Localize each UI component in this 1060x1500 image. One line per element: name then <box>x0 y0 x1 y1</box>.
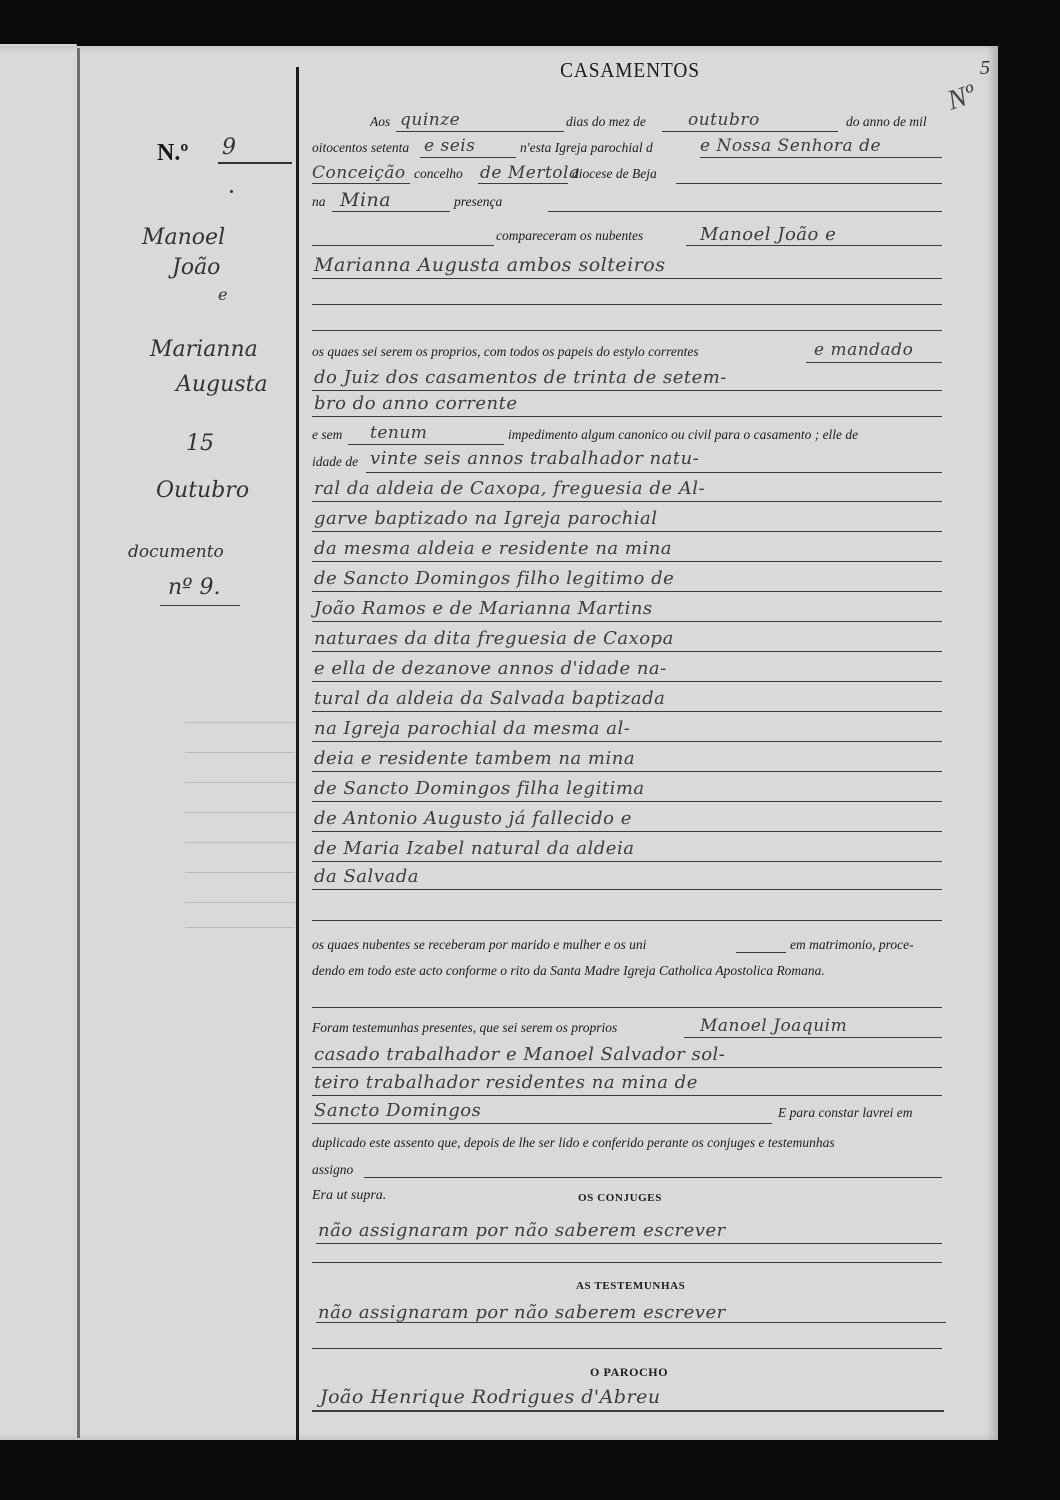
hand-parish-2: Conceição <box>312 163 406 183</box>
fill-line <box>312 1262 942 1263</box>
fill-line <box>312 531 942 532</box>
ink-dot <box>230 190 233 193</box>
hand-line23: de Antonio Augusto já fallecido e <box>314 808 632 829</box>
fill-line <box>312 1348 942 1349</box>
fill-line <box>312 330 942 331</box>
hand-nubentes-2: Marianna Augusta ambos solteiros <box>314 254 665 276</box>
hand-parocho-signature: João Henrique Rodrigues d'Abreu <box>320 1386 661 1408</box>
fill-line <box>312 245 494 246</box>
record-number: 9 <box>222 135 236 160</box>
fill-line <box>700 157 942 158</box>
print-assigno: assigno <box>312 1162 353 1178</box>
record-number-label: N.º <box>157 140 188 167</box>
fill-line <box>312 1095 942 1096</box>
faint-rule <box>185 902 295 903</box>
fill-line <box>676 183 942 184</box>
faint-rule <box>185 782 295 783</box>
fill-line <box>312 278 942 279</box>
print-testemunhas: Foram testemunhas presentes, que sei ser… <box>312 1020 617 1036</box>
hand-nubentes: Manoel João e <box>700 224 836 245</box>
print-presenca: presença <box>454 194 502 210</box>
margin-note-underline <box>160 605 240 606</box>
hand-year: e seis <box>424 136 475 156</box>
hand-day: quinze <box>400 110 460 130</box>
margin-day: 15 <box>186 431 214 456</box>
fill-line <box>364 1177 942 1178</box>
margin-vertical-rule <box>296 67 299 1440</box>
fill-line <box>312 861 942 862</box>
fill-line <box>806 362 942 363</box>
label-o-parocho: O PAROCHO <box>590 1365 668 1380</box>
fill-line <box>312 621 942 622</box>
fill-line <box>312 651 942 652</box>
fill-line <box>312 501 942 502</box>
fill-line <box>312 183 410 184</box>
hand-line11: vinte seis annos trabalhador natu- <box>370 448 699 469</box>
label-as-testemunhas: AS TESTEMUNHAS <box>576 1280 685 1292</box>
page-title: CASAMENTOS <box>547 58 713 83</box>
faint-rule <box>185 752 295 753</box>
hand-witnesses: Manoel Joaquim <box>700 1016 847 1036</box>
faint-rule <box>185 722 295 723</box>
print-compareceram: compareceram os nubentes <box>496 228 643 244</box>
faint-rule <box>185 812 295 813</box>
fill-line <box>396 131 564 132</box>
signature-line <box>312 1410 944 1412</box>
hand-line14: da mesma aldeia e residente na mina <box>314 538 672 559</box>
fill-line <box>548 211 942 212</box>
fill-line <box>736 952 786 953</box>
hand-line20: na Igreja parochial da mesma al- <box>314 718 630 739</box>
print-oitocentos: oitocentos setenta <box>312 140 409 156</box>
print-impedimento: impedimento algum canonico ou civil para… <box>508 427 858 443</box>
fill-line <box>312 889 942 890</box>
fill-line <box>420 157 516 158</box>
fill-line <box>312 1067 942 1068</box>
print-anno: do anno de mil <box>846 114 927 130</box>
margin-month: Outubro <box>156 478 249 503</box>
hand-line12: ral da aldeia de Caxopa, freguesia de Al… <box>314 478 705 499</box>
fill-line <box>332 211 450 212</box>
hand-line31: Sancto Domingos <box>314 1100 481 1121</box>
signature-line <box>316 1243 942 1244</box>
margin-bride-first: Marianna <box>150 337 258 362</box>
fill-line <box>312 561 942 562</box>
margin-note-line1: documento <box>128 542 224 562</box>
margin-groom-second: João <box>172 255 220 280</box>
fill-line <box>312 1007 942 1008</box>
signature-line <box>316 1322 946 1323</box>
fill-line <box>312 771 942 772</box>
hand-papeis: e mandado <box>814 340 913 360</box>
hand-month: outubro <box>688 110 760 130</box>
fill-line <box>312 920 942 921</box>
hand-line24: de Maria Izabel natural da aldeia <box>314 838 634 859</box>
margin-note-line2: nº 9. <box>168 575 221 600</box>
print-constar: E para constar lavrei em <box>778 1105 912 1121</box>
hand-line25: da Salvada <box>314 866 419 887</box>
fill-line <box>348 444 504 445</box>
print-matrimonio: em matrimonio, proce- <box>790 937 914 953</box>
hand-line30: teiro trabalhador residentes na mina de <box>314 1072 698 1093</box>
fill-line <box>662 131 838 132</box>
print-quaes: os quaes sei serem os proprios, com todo… <box>312 344 699 360</box>
fill-line <box>312 591 942 592</box>
fill-line <box>312 801 942 802</box>
fill-line <box>312 711 942 712</box>
hand-conjuges-signature: não assignaram por não saberem escrever <box>318 1220 726 1241</box>
label-os-conjuges: OS CONJUGES <box>578 1192 662 1204</box>
hand-line15: de Sancto Domingos filho legitimo de <box>314 568 674 589</box>
print-na: na <box>312 194 326 210</box>
hand-line21: deia e residente tambem na mina <box>314 748 635 769</box>
margin-connector: e <box>218 285 227 304</box>
margin-bride-second: Augusta <box>176 372 268 397</box>
faint-rule <box>185 927 295 928</box>
fill-line <box>312 390 942 391</box>
hand-place: Mina <box>340 189 391 211</box>
hand-testemunhas-signature: não assignaram por não saberem escrever <box>318 1302 726 1323</box>
print-igreja: n'esta Igreja parochial d <box>520 140 653 156</box>
print-receberam: os quaes nubentes se receberam por marid… <box>312 937 646 953</box>
fill-line <box>478 183 568 184</box>
hand-line9: bro do anno corrente <box>314 393 518 414</box>
faint-rule <box>185 842 295 843</box>
page-number: 5 <box>980 57 990 80</box>
hand-impedimento: tenum <box>370 423 427 443</box>
fill-line <box>312 416 942 417</box>
hand-line18: e ella de dezanove annos d'idade na- <box>314 658 667 679</box>
fill-line <box>312 681 942 682</box>
fill-line <box>312 741 942 742</box>
hand-line29: casado trabalhador e Manoel Salvador sol… <box>314 1044 725 1065</box>
fill-line <box>684 1037 942 1038</box>
print-rito: dendo em todo este acto conforme o rito … <box>312 963 825 979</box>
print-diocese: diocese de Beja <box>572 166 657 182</box>
fill-line <box>686 245 942 246</box>
print-sem: e sem <box>312 427 342 443</box>
hand-line17: naturaes da dita freguesia de Caxopa <box>314 628 674 649</box>
fill-line <box>366 472 942 473</box>
record-number-underline <box>218 162 292 164</box>
margin-groom-first: Manoel <box>142 225 225 250</box>
hand-concelho: de Mertola <box>480 163 580 183</box>
print-duplicado: duplicado este assento que, depois de lh… <box>312 1135 835 1151</box>
hand-line16: João Ramos e de Marianna Martins <box>314 598 653 619</box>
print-aos: Aos <box>370 114 390 130</box>
fill-line <box>312 1123 772 1124</box>
print-dias: dias do mez de <box>566 114 646 130</box>
hand-line8: do Juiz dos casamentos de trinta de sete… <box>314 367 727 388</box>
fill-line <box>312 304 942 305</box>
faint-rule <box>185 872 295 873</box>
print-concelho: concelho <box>414 166 463 182</box>
print-era-ut-supra: Era ut supra. <box>312 1188 386 1204</box>
book-gutter <box>77 48 80 1438</box>
hand-line22: de Sancto Domingos filha legitima <box>314 778 645 799</box>
print-idade: idade de <box>312 454 358 470</box>
hand-line19: tural da aldeia da Salvada baptizada <box>314 688 665 709</box>
hand-line13: garve baptizado na Igreja parochial <box>314 508 658 529</box>
fill-line <box>312 831 942 832</box>
hand-parish: e Nossa Senhora de <box>700 136 881 156</box>
